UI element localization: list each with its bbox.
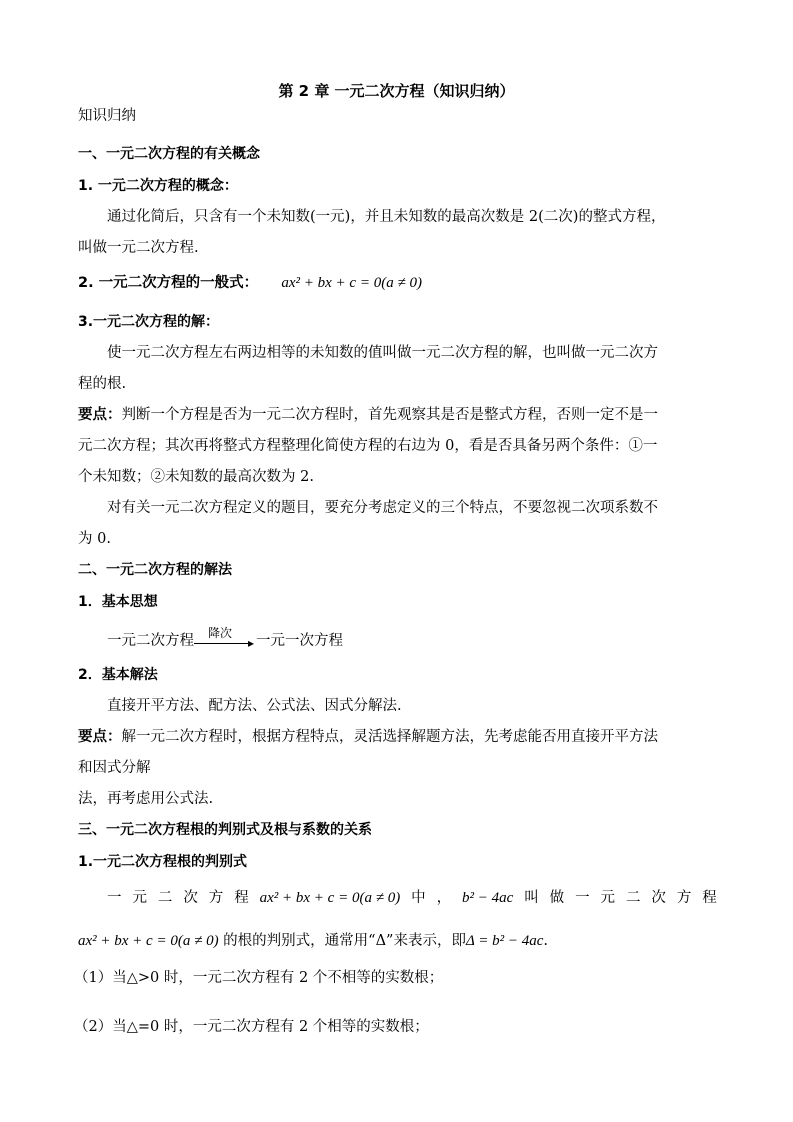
word: 做 xyxy=(550,888,565,908)
word: ， xyxy=(437,888,452,908)
arrow-icon: 降次▸ xyxy=(194,631,256,651)
section-3-item-1-heading: 1.一元二次方程根的判别式 xyxy=(78,852,247,872)
discriminant-definition: ax² + bx + c = 0(a ≠ 0) 的根的判别式，通常用“Δ”来表示… xyxy=(78,931,548,951)
keypoint-text: 解一元二次方程时，根据方程特点，灵活选择解题方法，先考虑能否用直接开平方法 xyxy=(122,729,659,745)
word: 一 xyxy=(107,888,122,908)
formula: ax² + bx + c = 0(a ≠ 0) xyxy=(260,888,401,908)
paragraph: 直接开平方法、配方法、公式法、因式分解法. xyxy=(107,696,402,716)
keypoint-label: 要点： xyxy=(78,729,122,745)
spread-justified-line: 一 元 二 次 方 程 ax² + bx + c = 0(a ≠ 0) 中 ， … xyxy=(107,888,717,908)
word: 次 xyxy=(651,888,666,908)
paragraph: 对有关一元二次方程定义的题目，要充分考虑定义的三个特点，不要忽视二次项系数不 xyxy=(107,498,658,518)
document-page: 第 2 章 一元二次方程（知识归纳） 知识归纳 一、一元二次方程的有关概念 1.… xyxy=(0,0,793,1122)
formula: b² − 4ac xyxy=(462,888,513,908)
paragraph: 叫做一元二次方程. xyxy=(78,238,199,258)
general-form-formula: ax² + bx + c = 0(a ≠ 0) xyxy=(281,275,422,291)
item-heading: 2. 一元二次方程的一般式： xyxy=(78,275,258,291)
case-1: （1）当△>0 时，一元二次方程有 2 个不相等的实数根； xyxy=(74,968,443,988)
section-1-item-1-heading: 1. 一元二次方程的概念： xyxy=(78,176,238,196)
keypoint-paragraph: 要点：解一元二次方程时，根据方程特点，灵活选择解题方法，先考虑能否用直接开平方法 xyxy=(78,727,658,747)
section-1-heading: 一、一元二次方程的有关概念 xyxy=(78,144,260,164)
word: 元 xyxy=(601,888,616,908)
case-2: （2）当△=0 时，一元二次方程有 2 个相等的实数根； xyxy=(74,1017,429,1037)
section-1-item-2: 2. 一元二次方程的一般式： ax² + bx + c = 0(a ≠ 0) xyxy=(78,273,422,293)
keypoint-label: 要点： xyxy=(78,407,122,423)
paragraph: 使一元二次方程左右两边相等的未知数的值叫做一元二次方程的解，也叫做一元二次方 xyxy=(107,343,658,363)
word: 二 xyxy=(626,888,641,908)
word: 一 xyxy=(575,888,590,908)
text: . xyxy=(543,933,548,949)
word: 元 xyxy=(132,888,147,908)
word: 程 xyxy=(702,888,717,908)
formula: ax² + bx + c = 0(a ≠ 0) xyxy=(78,933,219,949)
discriminant-formula: Δ = b² − 4ac xyxy=(466,933,543,949)
keypoint-text: 判断一个方程是否为一元二次方程时，首先观察其是否是整式方程，否则一定不是一 xyxy=(122,407,659,423)
section-1-item-3-heading: 3.一元二次方程的解： xyxy=(78,312,219,332)
subtitle: 知识归纳 xyxy=(78,106,136,126)
section-3-heading: 三、一元二次方程根的判别式及根与系数的关系 xyxy=(78,820,372,840)
section-2-item-2-heading: 2．基本解法 xyxy=(78,665,158,685)
word: 中 xyxy=(411,888,426,908)
paragraph: 和因式分解 xyxy=(78,758,151,778)
flow-diagram: 一元二次方程降次▸一元一次方程 xyxy=(107,631,343,651)
flow-label: 降次 xyxy=(208,623,232,643)
word: 方 xyxy=(209,888,224,908)
text: 的根的判别式，通常用“Δ”来表示，即 xyxy=(219,933,466,949)
paragraph: 法，再考虑用公式法. xyxy=(78,789,213,809)
flow-to: 一元一次方程 xyxy=(256,633,343,649)
paragraph: 通过化简后，只含有一个未知数(一元)，并且未知数的最高次数是 2(二次)的整式方… xyxy=(107,207,665,227)
paragraph: 程的根. xyxy=(78,374,126,394)
paragraph: 为 0. xyxy=(78,529,111,549)
word: 二 xyxy=(158,888,173,908)
section-2-item-1-heading: 1．基本思想 xyxy=(78,592,158,612)
flow-from: 一元二次方程 xyxy=(107,633,194,649)
keypoint-paragraph: 要点：判断一个方程是否为一元二次方程时，首先观察其是否是整式方程，否则一定不是一 xyxy=(78,405,658,425)
word: 叫 xyxy=(524,888,539,908)
page-title: 第 2 章 一元二次方程（知识归纳） xyxy=(0,80,793,101)
section-2-heading: 二、一元二次方程的解法 xyxy=(78,560,232,580)
word: 次 xyxy=(183,888,198,908)
paragraph: 元二次方程；其次再将整式方程整理化简使方程的右边为 0，看是否具备另两个条件：①… xyxy=(78,436,657,456)
word: 程 xyxy=(234,888,249,908)
paragraph: 个未知数；②未知数的最高次数为 2. xyxy=(78,467,314,487)
word: 方 xyxy=(677,888,692,908)
